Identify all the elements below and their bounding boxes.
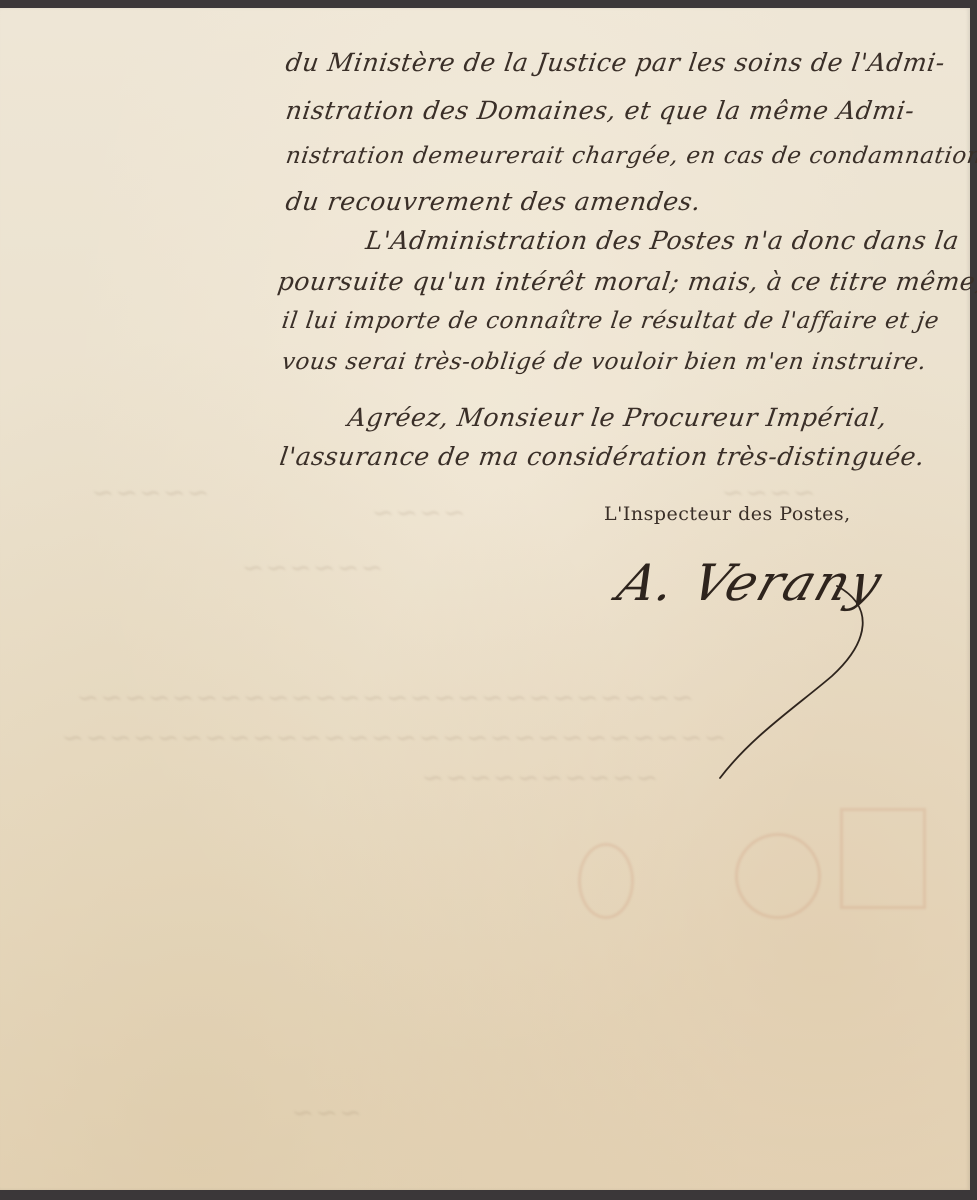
body-line: Agréez, Monsieur le Procureur Impérial, [346, 403, 889, 432]
body-line: l'assurance de ma considération très-dis… [278, 442, 927, 471]
bleed-through-text: ~~~~~~~~~~~~~~~~~~~~~~~~~~ [72, 683, 697, 713]
body-line: vous serai très-obligé de vouloir bien m… [280, 349, 928, 375]
bleed-through-text: ~~~~ [367, 498, 469, 528]
postmark-bleed-through [735, 833, 821, 919]
body-line: L'Administration des Postes n'a donc dan… [364, 226, 961, 255]
bleed-through-text: ~~~~~~ [237, 553, 386, 583]
body-line: nistration des Domaines, et que la même … [284, 96, 917, 125]
letter-page: ~~~~~ ~~~~ ~~~~ ~~~~~~ ~~~~~~~~~~~~~~~~~… [0, 8, 970, 1190]
postmark-bleed-through [578, 843, 634, 919]
body-line: du recouvrement des amendes. [284, 187, 703, 216]
signature: A. Verany [612, 546, 902, 786]
signature-flourish-icon [612, 546, 902, 786]
body-line: du Ministère de la Justice par les soins… [284, 48, 947, 77]
body-line: il lui importe de connaître le résultat … [280, 308, 941, 334]
bleed-through-text: ~~~ [287, 1098, 365, 1128]
body-line: poursuite qu'un intérêt moral; mais, à c… [276, 267, 977, 296]
body-line: nistration demeurerait chargée, en cas d… [284, 143, 977, 169]
bleed-through-text: ~~~~~ [87, 478, 212, 508]
rectangular-stamp-bleed-through [840, 808, 926, 909]
closing-title: L'Inspecteur des Postes, [604, 503, 851, 525]
